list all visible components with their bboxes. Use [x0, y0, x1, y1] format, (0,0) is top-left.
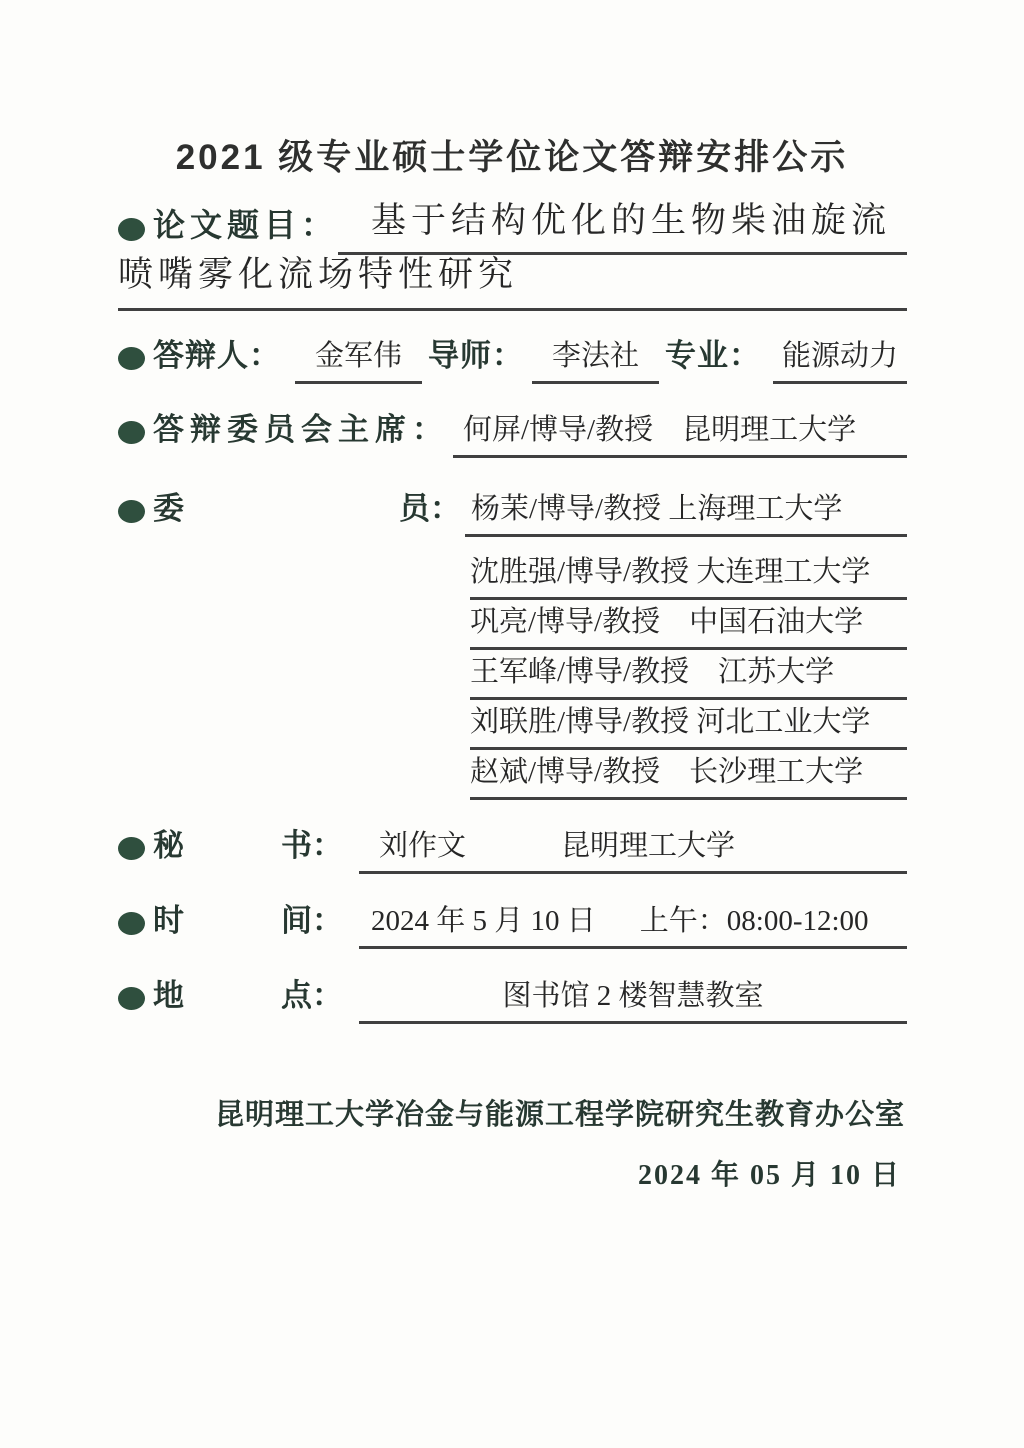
committee-label-second: 员： [399, 483, 461, 528]
time-label: 时 间： [153, 895, 343, 949]
secretary-value: 刘作文昆明理工大学 [359, 826, 907, 874]
defender-row: 答辩人： 金军伟 导师： 李法社 专业： 能源动力 [118, 330, 907, 384]
chair-row: 答辩委员会主席： 何屏/博导/教授 昆明理工大学 [118, 404, 907, 458]
page-title: 2021 级专业硕士学位论文答辩安排公示 [0, 130, 1024, 180]
committee-member: 赵斌/博导/教授 长沙理工大学 [470, 752, 907, 800]
committee-member: 沈胜强/博导/教授 大连理工大学 [470, 552, 907, 600]
bullet-icon [118, 912, 145, 935]
chair-value: 何屏/博导/教授 昆明理工大学 [453, 410, 907, 458]
time-date: 2024 年 5 月 10 日 [371, 905, 596, 937]
bullet-icon [118, 347, 145, 370]
secretary-row: 秘 书： 刘作文昆明理工大学 [118, 820, 907, 874]
committee-member: 王军峰/博导/教授 江苏大学 [470, 652, 907, 700]
secretary-label-second: 书： [281, 820, 343, 865]
bullet-icon [118, 218, 145, 241]
committee-label-first: 委 [153, 483, 184, 528]
secretary-label-first: 秘 [153, 820, 184, 865]
location-label-first: 地 [153, 970, 184, 1015]
committee-member: 刘联胜/博导/教授 河北工业大学 [470, 702, 907, 750]
defender-label: 答辩人： [153, 330, 281, 384]
thesis-title-value-line2: 喷嘴雾化流场特性研究 [118, 250, 907, 311]
committee-member: 杨茉/博导/教授 上海理工大学 [465, 489, 907, 537]
time-label-second: 间： [281, 895, 343, 940]
major-value: 能源动力 [773, 336, 907, 384]
location-label: 地 点： [153, 970, 343, 1024]
defender-value: 金军伟 [295, 336, 422, 384]
committee-members-label: 委 员： [153, 483, 461, 537]
advisor-label: 导师： [428, 330, 524, 384]
committee-member: 巩亮/博导/教授 中国石油大学 [470, 602, 907, 650]
thesis-title-label: 论文题目： [153, 200, 338, 255]
bullet-icon [118, 837, 145, 860]
bullet-icon [118, 987, 145, 1010]
time-period: 上午：08:00-12:00 [640, 901, 869, 941]
committee-members-row: 委 员： 杨茉/博导/教授 上海理工大学 [118, 483, 907, 537]
thesis-title-row: 论文题目： 基于结构优化的生物柴油旋流 [118, 196, 907, 255]
location-value: 图书馆 2 楼智慧教室 [359, 976, 907, 1024]
secretary-label: 秘 书： [153, 820, 343, 874]
bullet-icon [118, 500, 145, 523]
advisor-value: 李法社 [532, 336, 659, 384]
issue-date: 2024 年 05 月 10 日 [638, 1153, 901, 1193]
time-value: 2024 年 5 月 10 日上午：08:00-12:00 [359, 901, 907, 949]
secretary-affiliation: 昆明理工大学 [561, 826, 735, 866]
defense-notice-document: 2021 级专业硕士学位论文答辩安排公示 论文题目： 基于结构优化的生物柴油旋流… [0, 0, 1024, 1448]
major-label: 专业： [665, 330, 761, 384]
thesis-title-value-line1: 基于结构优化的生物柴油旋流 [338, 196, 907, 255]
location-label-second: 点： [281, 970, 343, 1015]
time-label-first: 时 [153, 895, 184, 940]
secretary-name: 刘作文 [379, 830, 466, 862]
bullet-icon [118, 421, 145, 444]
chair-label: 答辩委员会主席： [153, 404, 449, 458]
issuing-office: 昆明理工大学冶金与能源工程学院研究生教育办公室 [215, 1092, 905, 1133]
location-row: 地 点： 图书馆 2 楼智慧教室 [118, 970, 907, 1024]
time-row: 时 间： 2024 年 5 月 10 日上午：08:00-12:00 [118, 895, 907, 949]
